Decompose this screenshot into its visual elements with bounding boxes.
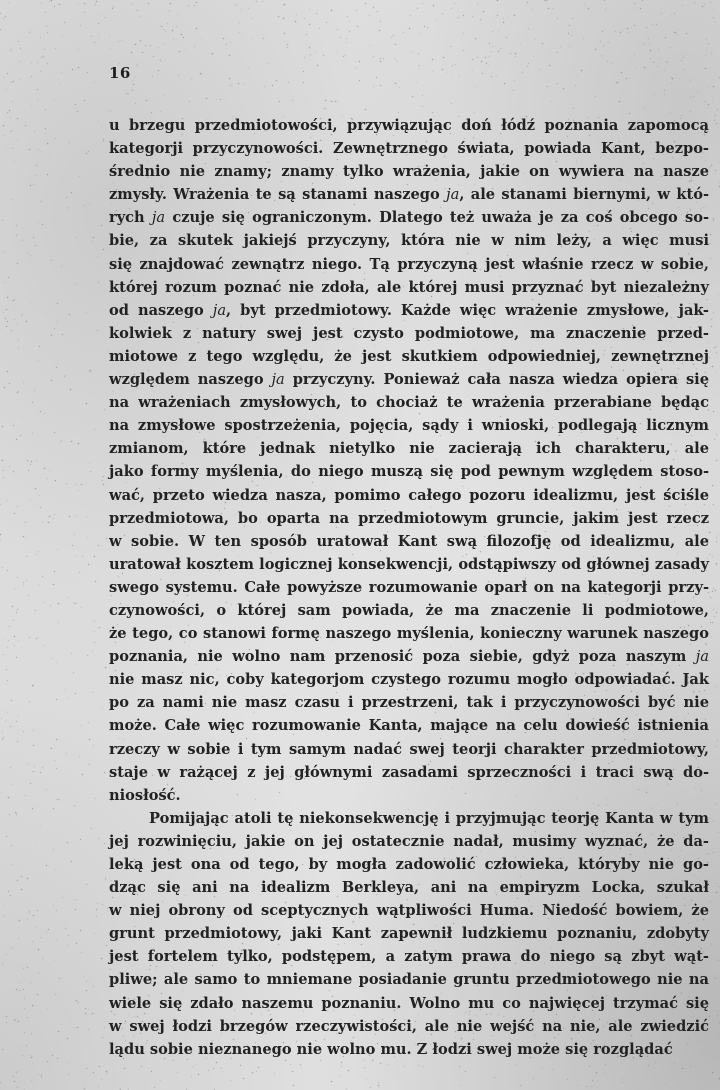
text-line: na wrażeniach zmysłowych, to chociaż te …: [109, 391, 709, 414]
text-line: lądu sobie nieznanego nie wolno mu. Z ło…: [109, 1038, 709, 1061]
text-line: na zmysłowe spostrzeżenia, pojęcia, sądy…: [109, 414, 709, 437]
text-line: kolwiek z natury swej jest czysto podmio…: [109, 322, 709, 345]
text-line: jest fortelem tylko, podstępem, a zatym …: [109, 945, 709, 968]
text-line: w sobie. W ten sposób uratował Kant swą …: [109, 530, 709, 553]
italic-text: ja: [696, 648, 709, 665]
text-line: od naszego ja, byt przedmiotowy. Każde w…: [109, 299, 709, 322]
text-line: nie masz nic, coby kategorjom czystego r…: [109, 668, 709, 691]
text-line: niosłość.: [109, 784, 709, 807]
paragraph: u brzegu przedmiotowości, przywiązując d…: [109, 114, 709, 807]
italic-text: ja: [213, 302, 226, 319]
text-line: bie, za skutek jakiejś przyczyny, która …: [109, 229, 709, 252]
text-line: w niej obrony od sceptycznych wątpliwośc…: [109, 899, 709, 922]
text-line: grunt przedmiotowy, jaki Kant zapewnił l…: [109, 922, 709, 945]
text-line: względem naszego ja przyczyny. Ponieważ …: [109, 368, 709, 391]
text-line: rych ja czuje się ograniczonym. Dlatego …: [109, 206, 709, 229]
text-line: czynowości, o której sam powiada, że ma …: [109, 599, 709, 622]
text-line: poznania, nie wolno nam przenosić poza s…: [109, 645, 709, 668]
text-line: staje w rażącej z jej głównymi zasadami …: [109, 761, 709, 784]
italic-text: ja: [272, 371, 285, 388]
italic-text: ja: [152, 209, 165, 226]
text-line: jej rozwinięciu, jakie on jej ostateczni…: [109, 830, 709, 853]
scanned-book-page: 16 u brzegu przedmiotowości, przywiązują…: [0, 0, 720, 1090]
text-line: może. Całe więc rozumowanie Kanta, mając…: [109, 714, 709, 737]
text-line: uratował kosztem logicznej konsekwencji,…: [109, 553, 709, 576]
text-line: której rozum poznać nie zdoła, ale które…: [109, 276, 709, 299]
text-line: wać, przeto wiedza nasza, pomimo całego …: [109, 484, 709, 507]
text-line: w swej łodzi brzegów rzeczywistości, ale…: [109, 1015, 709, 1038]
text-line: dząc się ani na idealizm Berkleya, ani n…: [109, 876, 709, 899]
text-line: przedmiotowa, bo oparta na przedmiotowym…: [109, 507, 709, 530]
text-line: swego systemu. Całe powyższe rozumowanie…: [109, 576, 709, 599]
text-line: u brzegu przedmiotowości, przywiązując d…: [109, 114, 709, 137]
text-line: miotowe z tego względu, że jest skutkiem…: [109, 345, 709, 368]
text-line: się znajdować zewnątrz niego. Tą przyczy…: [109, 253, 709, 276]
page-number: 16: [109, 64, 131, 82]
text-line: wiele się zdało naszemu poznaniu. Wolno …: [109, 992, 709, 1015]
text-line: zmysły. Wrażenia te są stanami naszego j…: [109, 183, 709, 206]
italic-text: ja: [446, 186, 459, 203]
text-line: jako formy myślenia, do niego muszą się …: [109, 460, 709, 483]
text-line: że tego, co stanowi formę naszego myślen…: [109, 622, 709, 645]
text-line: rzeczy w sobie i tym samym nadać swej te…: [109, 738, 709, 761]
text-line: leką jest ona od tego, by mogła zadowoli…: [109, 853, 709, 876]
text-line: średnio nie znamy; znamy tylko wrażenia,…: [109, 160, 709, 183]
text-line: kategorji przyczynowości. Zewnętrznego ś…: [109, 137, 709, 160]
text-line: Pomijając atoli tę niekonsekwencję i prz…: [109, 807, 709, 830]
text-line: pliwe; ale samo to mniemane posiadanie g…: [109, 968, 709, 991]
paragraph: Pomijając atoli tę niekonsekwencję i prz…: [109, 807, 709, 1061]
body-text: u brzegu przedmiotowości, przywiązując d…: [109, 114, 709, 1061]
text-line: zmianom, które jednak nietylko nie zacie…: [109, 437, 709, 460]
text-line: po za nami nie masz czasu i przestrzeni,…: [109, 691, 709, 714]
